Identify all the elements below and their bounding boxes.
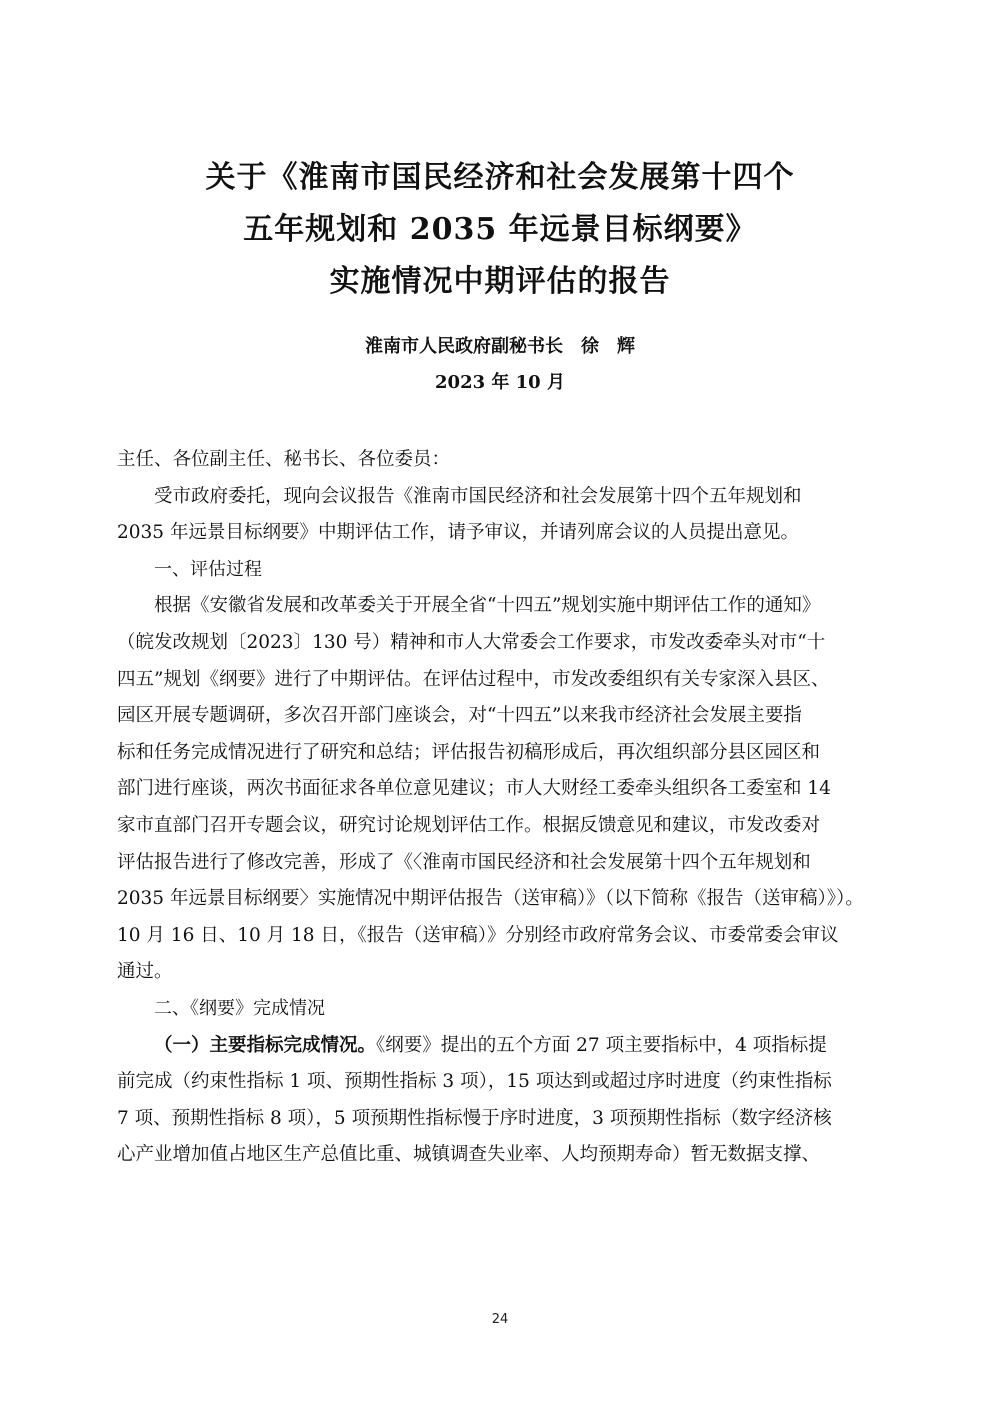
title-line: 五年规划和 2035 年远景目标纲要》 xyxy=(0,204,1000,256)
paragraph-line: 2035 年远景目标纲要〉实施情况中期评估报告（送审稿）》（以下简称《报告（送审… xyxy=(117,881,887,918)
paragraph-line: （一）主要指标完成情况。《纲要》提出的五个方面 27 项主要指标中，4 项指标提 xyxy=(117,1028,887,1065)
paragraph-line: 根据《安徽省发展和改革委关于开展全省“十四五”规划实施中期评估工作的通知》 xyxy=(117,588,887,625)
section-heading-2: 二、《纲要》完成情况 xyxy=(117,991,887,1028)
paragraph-line: 前完成（约束性指标 1 项、预期性指标 3 项），15 项达到或超过序时进度（约… xyxy=(117,1064,887,1101)
title-line: 关于《淮南市国民经济和社会发展第十四个 xyxy=(0,152,1000,204)
paragraph-text: 《纲要》提出的五个方面 27 项主要指标中，4 项指标提 xyxy=(376,1035,827,1056)
paragraph-line: （皖发改规划〔2023〕130 号）精神和市人大常委会工作要求，市发改委牵头对市… xyxy=(117,625,887,662)
subsection-lead: （一）主要指标完成情况。 xyxy=(154,1035,376,1056)
intro-line: 2035 年远景目标纲要》中期评估工作，请予审议，并请列席会议的人员提出意见。 xyxy=(117,515,887,552)
document-title: 关于《淮南市国民经济和社会发展第十四个 五年规划和 2035 年远景目标纲要》 … xyxy=(0,152,1000,308)
paragraph-line: 家市直部门召开专题会议，研究讨论规划评估工作。根据反馈意见和建议，市发改委对 xyxy=(117,808,887,845)
document-body: 主任、各位副主任、秘书长、各位委员： 受市政府委托，现向会议报告《淮南市国民经济… xyxy=(117,442,887,1174)
paragraph-line: 通过。 xyxy=(117,954,887,991)
paragraph-line: 心产业增加值占地区生产总值比重、城镇调查失业率、人均预期寿命）暂无数据支撑、 xyxy=(117,1137,887,1174)
paragraph-line: 标和任务完成情况进行了研究和总结；评估报告初稿形成后，再次组织部分县区园区和 xyxy=(117,735,887,772)
intro-line: 受市政府委托，现向会议报告《淮南市国民经济和社会发展第十四个五年规划和 xyxy=(117,479,887,516)
report-date: 2023 年 10 月 xyxy=(0,372,1000,394)
paragraph-line: 评估报告进行了修改完善，形成了《〈淮南市国民经济和社会发展第十四个五年规划和 xyxy=(117,845,887,882)
document-page: 关于《淮南市国民经济和社会发展第十四个 五年规划和 2035 年远景目标纲要》 … xyxy=(0,0,1000,1415)
page-number: 24 xyxy=(0,1312,1000,1327)
paragraph-line: 部门进行座谈，两次书面征求各单位意见建议；市人大财经工委牵头组织各工委室和 14 xyxy=(117,771,887,808)
author-line: 淮南市人民政府副秘书长 徐 辉 xyxy=(0,336,1000,358)
paragraph-line: 10 月 16 日、10 月 18 日，《报告（送审稿）》分别经市政府常务会议、… xyxy=(117,918,887,955)
paragraph-line: 四五”规划《纲要》进行了中期评估。在评估过程中，市发改委组织有关专家深入县区、 xyxy=(117,662,887,699)
title-line: 实施情况中期评估的报告 xyxy=(0,256,1000,308)
paragraph-line: 7 项、预期性指标 8 项），5 项预期性指标慢于序时进度，3 项预期性指标（数… xyxy=(117,1101,887,1138)
salutation: 主任、各位副主任、秘书长、各位委员： xyxy=(117,442,887,479)
paragraph-line: 园区开展专题调研，多次召开部门座谈会，对“十四五”以来我市经济社会发展主要指 xyxy=(117,698,887,735)
section-heading-1: 一、评估过程 xyxy=(117,552,887,589)
